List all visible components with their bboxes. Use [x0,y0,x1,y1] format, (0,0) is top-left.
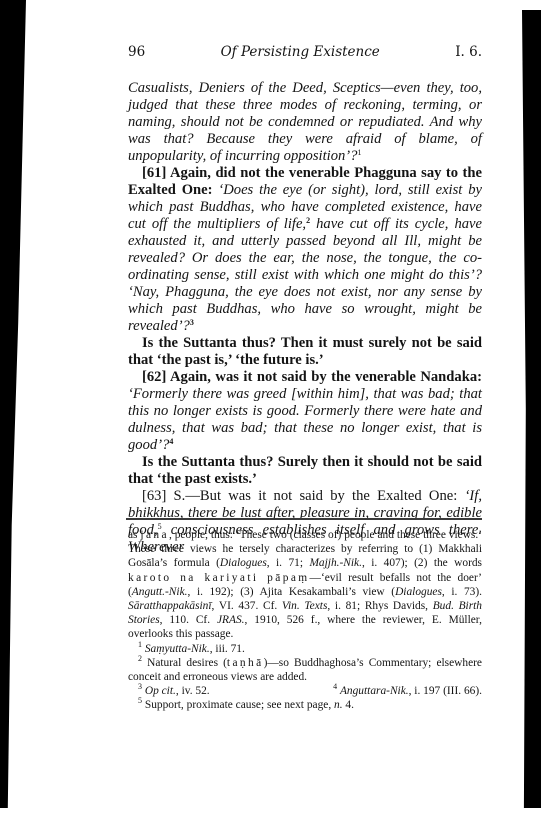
main-text: Casualists, Deniers of the Deed, Sceptic… [128,80,482,556]
paragraph-suttanta-2: Is the Suttanta thus? Surely then it sho… [128,454,482,488]
running-head: 96 Of Persisting Existence I. 6. [128,44,482,66]
scan-border-right [522,10,541,808]
paragraph-suttanta-1: Is the Suttanta thus? Then it must surel… [128,335,482,369]
footnote-ref: 1 [357,148,361,157]
footnote-5: 5 Support, proximate cause; see next pag… [128,698,482,712]
paragraph-62: [62] Again, was it not said by the vener… [128,369,482,454]
footnote-ref: 3 [190,318,194,327]
paragraph-61: [61] Again, did not the venerable Phaggu… [128,165,482,335]
book-page: 96 Of Persisting Existence I. 6. Casuali… [128,44,482,556]
footnote-4: 4 Anguttara-Nik., i. 197 (III. 66). [305,684,482,698]
footnote-1: 1 Saṃyutta-Nik., iii. 71. [128,642,482,656]
scan-border-left [0,0,26,808]
footnote-2: 2 Natural desires (taṇhā)—so Buddhaghosa… [128,656,482,684]
footnote-rule [126,518,482,520]
footnote-continuation: as jana, people, thus: ‘These two (class… [128,528,482,642]
chapter-title: Of Persisting Existence [221,44,380,60]
footnotes: as jana, people, thus: ‘These two (class… [128,528,482,713]
section-number: I. 6. [455,44,482,60]
footnote-3: 3 Op cit., iv. 52. [128,684,305,698]
footnotes-3-4: 3 Op cit., iv. 52. 4 Anguttara-Nik., i. … [128,684,482,698]
footnote-ref: 4 [169,437,173,446]
paragraph-continuation: Casualists, Deniers of the Deed, Sceptic… [128,80,482,165]
page-number: 96 [128,44,145,60]
